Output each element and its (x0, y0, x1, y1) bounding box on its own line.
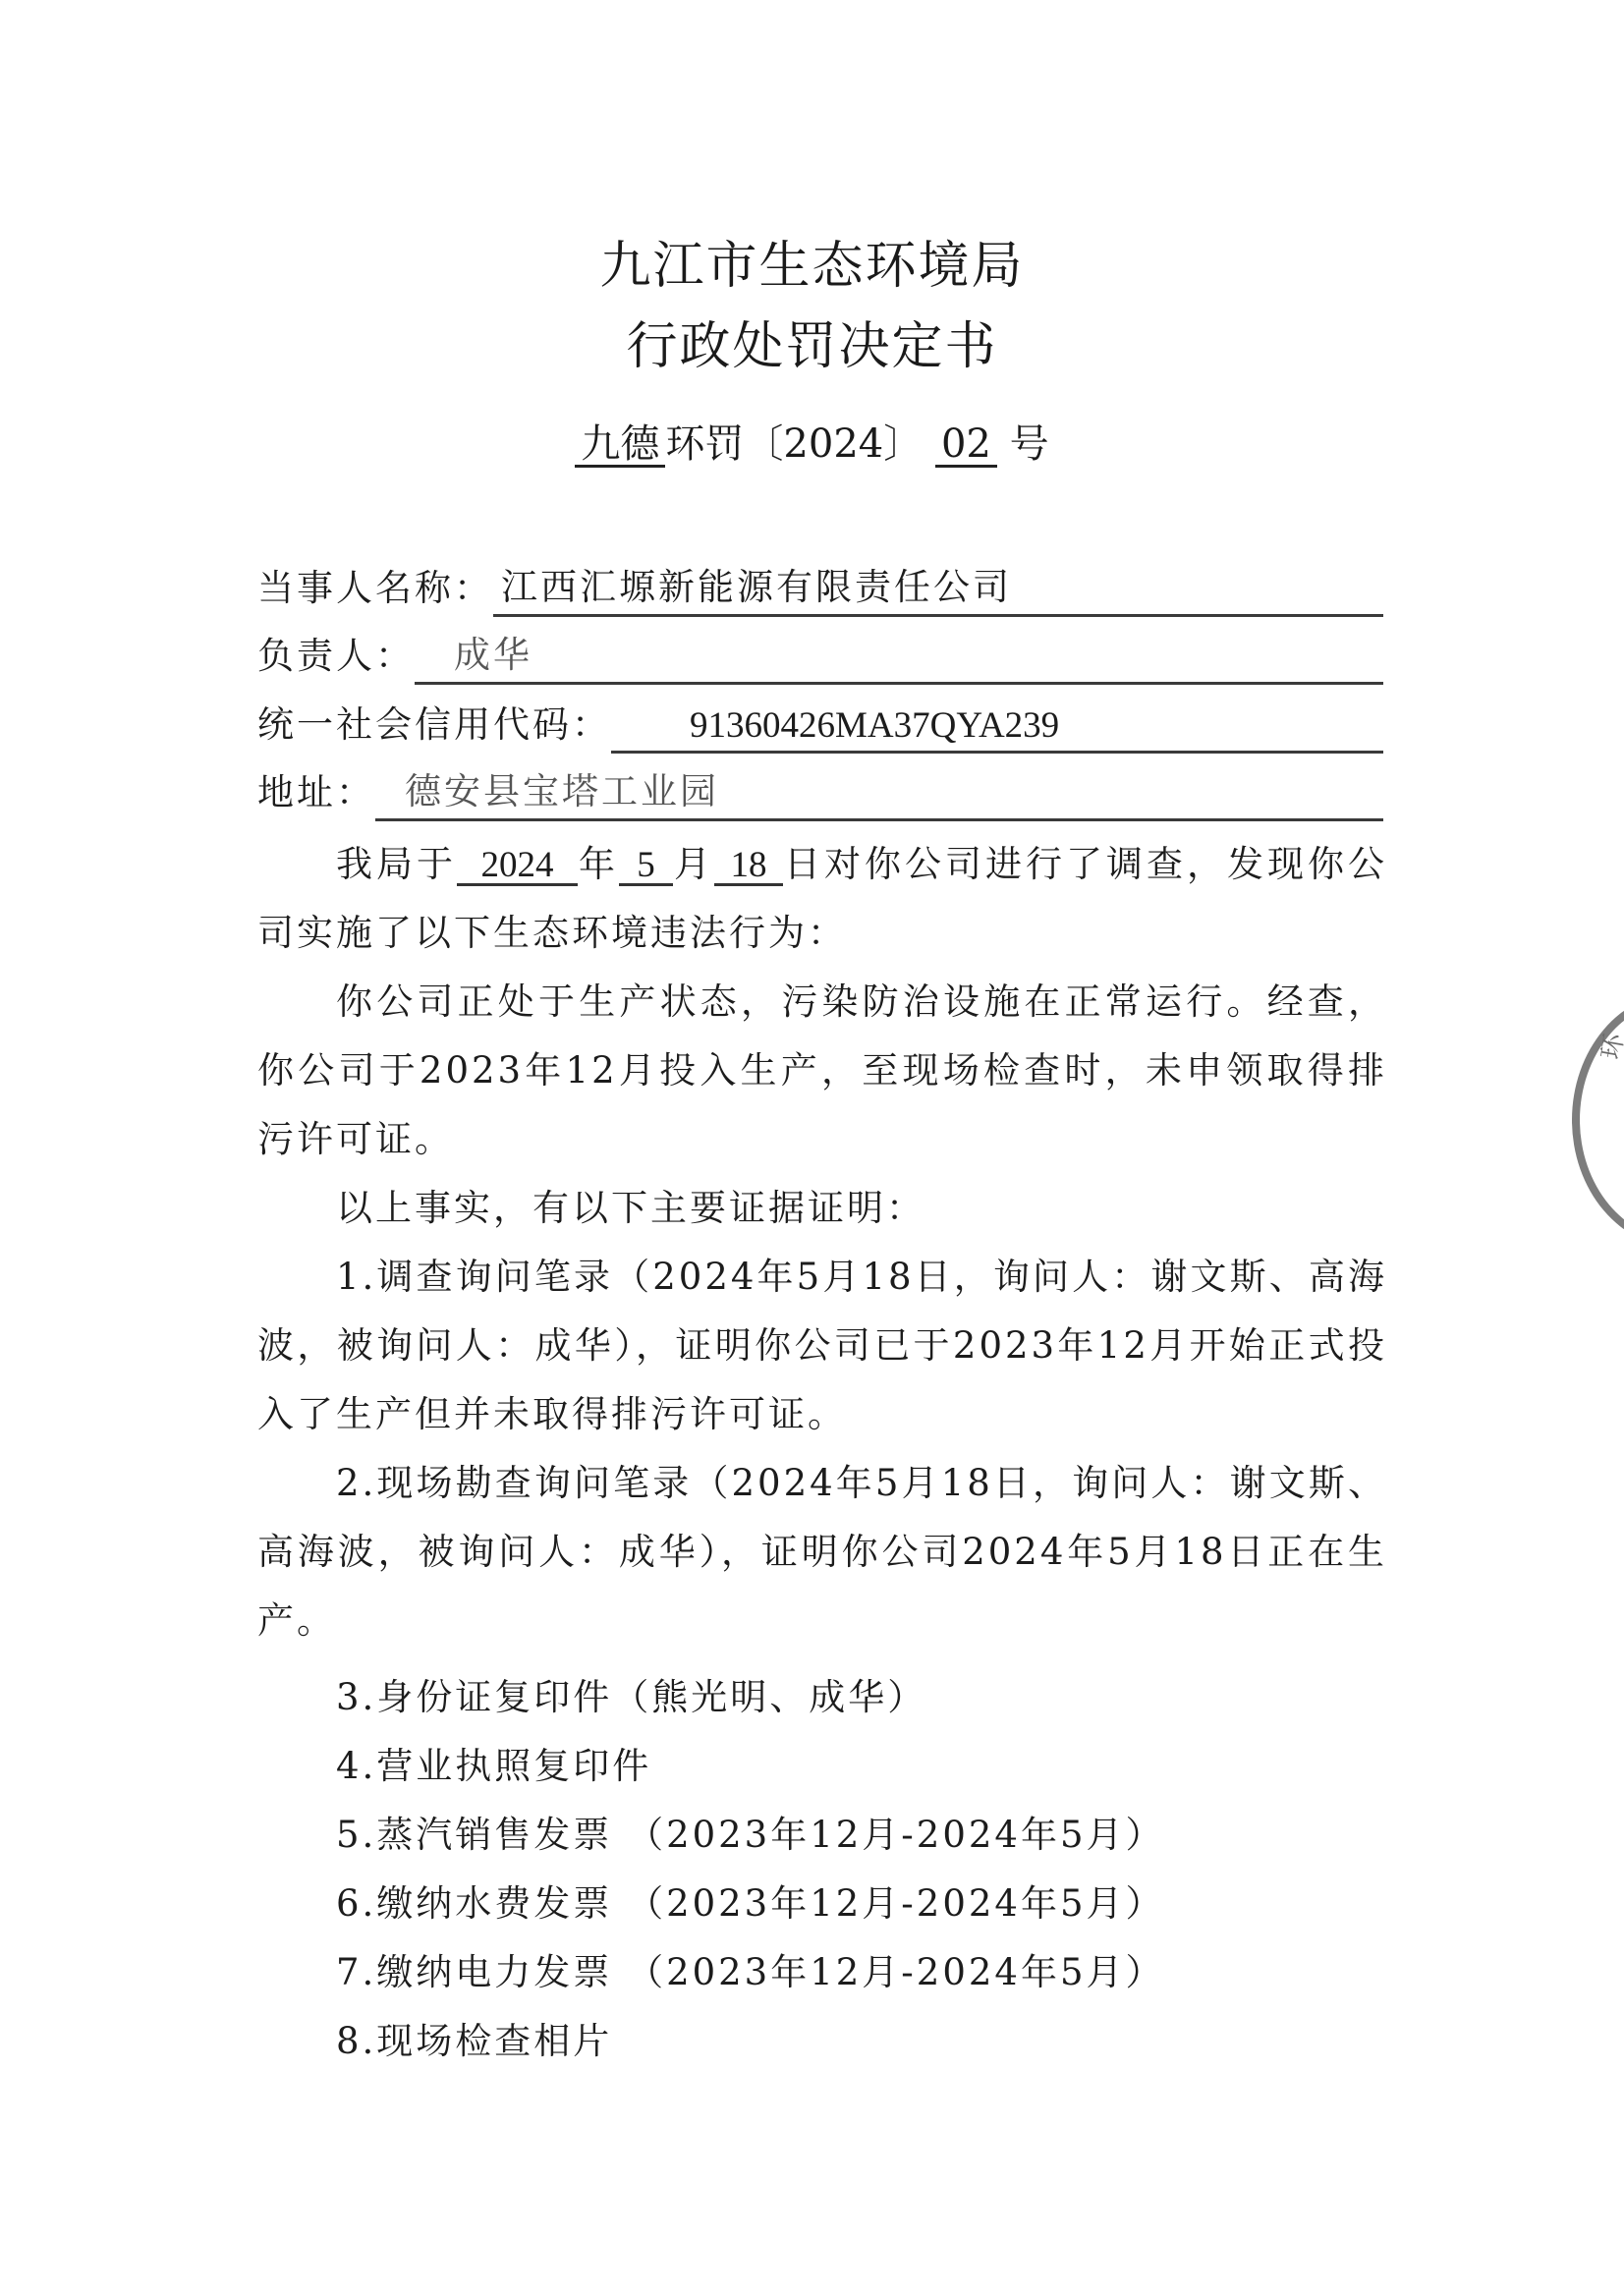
credit-code-field: 统一社会信用代码： 91360426MA37QYA239 (257, 695, 1383, 754)
evidence-item-1: 1.调查询问笔录（2024年5月18日，询问人：谢文斯、高海波，被询问人：成华）… (257, 1243, 1387, 1449)
address-label: 地址： (257, 762, 375, 821)
address-field: 地址： 德安县宝塔工业园 (257, 762, 1383, 821)
investigation-paragraph: 我局于2024年5月18日对你公司进行了调查，发现你公司实施了以下生态环境违法行… (257, 830, 1387, 968)
responsible-person-value: 成华 (415, 625, 1383, 685)
responsible-person-label: 负责人： (257, 626, 415, 685)
party-name-label: 当事人名称： (257, 558, 493, 617)
document-number: 九德环罚〔2024〕 02 号 (0, 413, 1624, 469)
credit-code-label: 统一社会信用代码： (257, 695, 611, 754)
evidence-item-3: 3.身份证复印件（熊光明、成华） (336, 1663, 1165, 1732)
doc-number-prefix: 九德 (575, 423, 665, 468)
credit-code-value: 91360426MA37QYA239 (611, 704, 1383, 754)
evidence-item-7: 7.缴纳电力发票 （2023年12月-2024年5月） (336, 1938, 1165, 2007)
party-name-field: 当事人名称： 江西汇塬新能源有限责任公司 (257, 558, 1383, 617)
issuer-title: 九江市生态环境局 (0, 224, 1624, 298)
year-unit: 年 (578, 843, 619, 885)
evidence-item-4: 4.营业执照复印件 (336, 1732, 1165, 1801)
investigation-year: 2024 (457, 847, 578, 886)
document-type-title: 行政处罚决定书 (0, 305, 1624, 378)
investigation-day: 18 (714, 847, 783, 886)
doc-number-value: 02 (935, 423, 997, 468)
evidence-intro: 以上事实，有以下主要证据证明： (257, 1174, 1387, 1243)
evidence-item-5: 5.蒸汽销售发票 （2023年12月-2024年5月） (336, 1801, 1165, 1870)
address-value: 德安县宝塔工业园 (375, 761, 1383, 821)
evidence-item-8: 8.现场检查相片 (336, 2007, 1165, 2076)
evidence-list: 3.身份证复印件（熊光明、成华） 4.营业执照复印件 5.蒸汽销售发票 （202… (336, 1663, 1165, 2076)
investigation-text-before: 我局于 (336, 843, 457, 885)
evidence-item-6: 6.缴纳水费发票 （2023年12月-2024年5月） (336, 1870, 1165, 1938)
party-name-value: 江西汇塬新能源有限责任公司 (493, 557, 1383, 617)
evidence-item-2: 2.现场勘查询问笔录（2024年5月18日，询问人：谢文斯、高海波，被询问人：成… (257, 1449, 1387, 1655)
investigation-month: 5 (619, 847, 673, 886)
responsible-person-field: 负责人： 成华 (257, 626, 1383, 685)
doc-number-middle: 环罚〔2024〕 (665, 421, 923, 467)
document-page: 九江市生态环境局 行政处罚决定书 九德环罚〔2024〕 02 号 当事人名称： … (0, 0, 1624, 2295)
violation-paragraph: 你公司正处于生产状态，污染防治设施在正常运行。经查，你公司于2023年12月投入… (257, 968, 1387, 1174)
doc-number-suffix: 号 (1010, 421, 1049, 467)
month-unit: 月 (673, 843, 714, 885)
